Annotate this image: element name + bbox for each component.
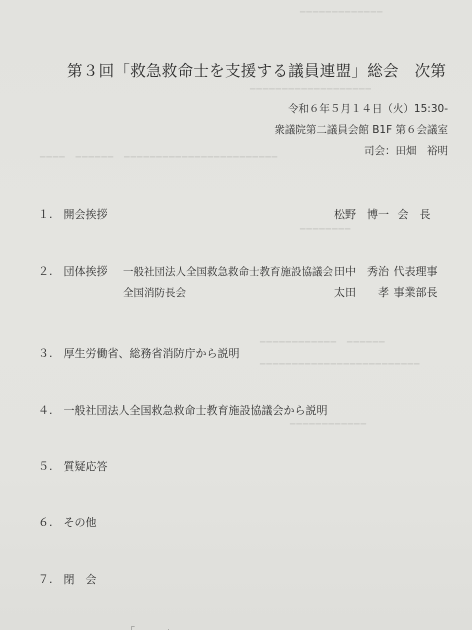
cut-off-footer-text: 「… …」 xyxy=(125,623,175,630)
meeting-venue: 衆議院第二議員会館 B1F 第６会議室 xyxy=(274,122,448,137)
speaker-role: 会 長 xyxy=(398,208,431,221)
agenda-item-number: ２. xyxy=(38,263,60,279)
speaker-name: 田中 秀治 xyxy=(334,263,390,279)
agenda-item-number: ４. xyxy=(38,402,60,418)
show-through-text: ━━━━━━━━ xyxy=(300,225,351,235)
agenda-item-label: 閉 会 xyxy=(64,573,97,586)
agenda-item-label: 厚生労働省、総務省消防庁から説明 xyxy=(64,347,240,360)
agenda-item-number: ７. xyxy=(38,571,60,587)
speaker-org-1: 田中 秀治 代表理事 xyxy=(334,263,438,279)
show-through-text: ━━━━━━━━━━━━━ xyxy=(300,8,383,18)
agenda-item-number: ３. xyxy=(38,345,60,361)
agenda-item-label: 一般社団法人全国救急救命士教育施設協議会から説明 xyxy=(64,404,328,417)
speaker-name: 太田 孝 xyxy=(334,284,390,300)
meeting-host: 司会：田畑 裕明 xyxy=(364,143,448,158)
speaker-role: 代表理事 xyxy=(394,265,438,278)
speaker-name: 松野 博一 xyxy=(334,206,394,222)
agenda-item-label: 開会挨拶 xyxy=(64,208,108,221)
meeting-date-time: 令和６年５月１４日（火）15:30- xyxy=(288,101,448,116)
agenda-item-number: ５. xyxy=(38,458,60,474)
agenda-item-number: ６. xyxy=(38,514,60,530)
document-title: 第３回「救急救命士を支援する議員連盟」総会 次第 xyxy=(67,59,446,81)
agenda-item-label: 団体挨拶 xyxy=(64,265,108,278)
document-page: ━━━━━━━━━━━━━ ━━━━━━━━━━━━━━━━━━━ ━━━━ ━… xyxy=(0,0,472,630)
show-through-text: ━━━━━━━━━━━━ xyxy=(290,420,367,430)
organization-name: 一般社団法人全国救急救命士教育施設協議会 xyxy=(123,264,333,279)
agenda-item-label: その他 xyxy=(64,516,97,529)
speaker-opening: 松野 博一 会 長 xyxy=(334,206,431,222)
speaker-role: 事業部長 xyxy=(394,286,438,299)
agenda-item-4: ４. 一般社団法人全国救急救命士教育施設協議会から説明 xyxy=(38,402,328,418)
agenda-item-number: １. xyxy=(38,206,60,222)
organization-name: 全国消防長会 xyxy=(123,285,186,300)
show-through-text: ━━━━ ━━━━━━ ━━━━━━━━━━━━━━━━━━━━━━━━ xyxy=(40,150,278,163)
show-through-text: ━━━━━━━━━━━━━━━━━━━ xyxy=(250,85,372,95)
speaker-org-2: 太田 孝 事業部長 xyxy=(334,284,438,300)
agenda-item-5: ５. 質疑応答 xyxy=(38,458,108,474)
show-through-text: ━━━━━━━━━━━━━━━━━━━━━━━━━ xyxy=(260,360,420,370)
agenda-item-label: 質疑応答 xyxy=(64,460,108,473)
agenda-item-3: ３. 厚生労働省、総務省消防庁から説明 xyxy=(38,345,240,361)
agenda-item-2: ２. 団体挨拶 xyxy=(38,263,108,279)
show-through-text: ━━━━━━━━━━━━ ━━━━━━ xyxy=(260,335,386,348)
agenda-item-6: ６. その他 xyxy=(38,514,97,530)
agenda-item-7: ７. 閉 会 xyxy=(38,571,97,587)
agenda-item-1: １. 開会挨拶 xyxy=(38,206,108,222)
